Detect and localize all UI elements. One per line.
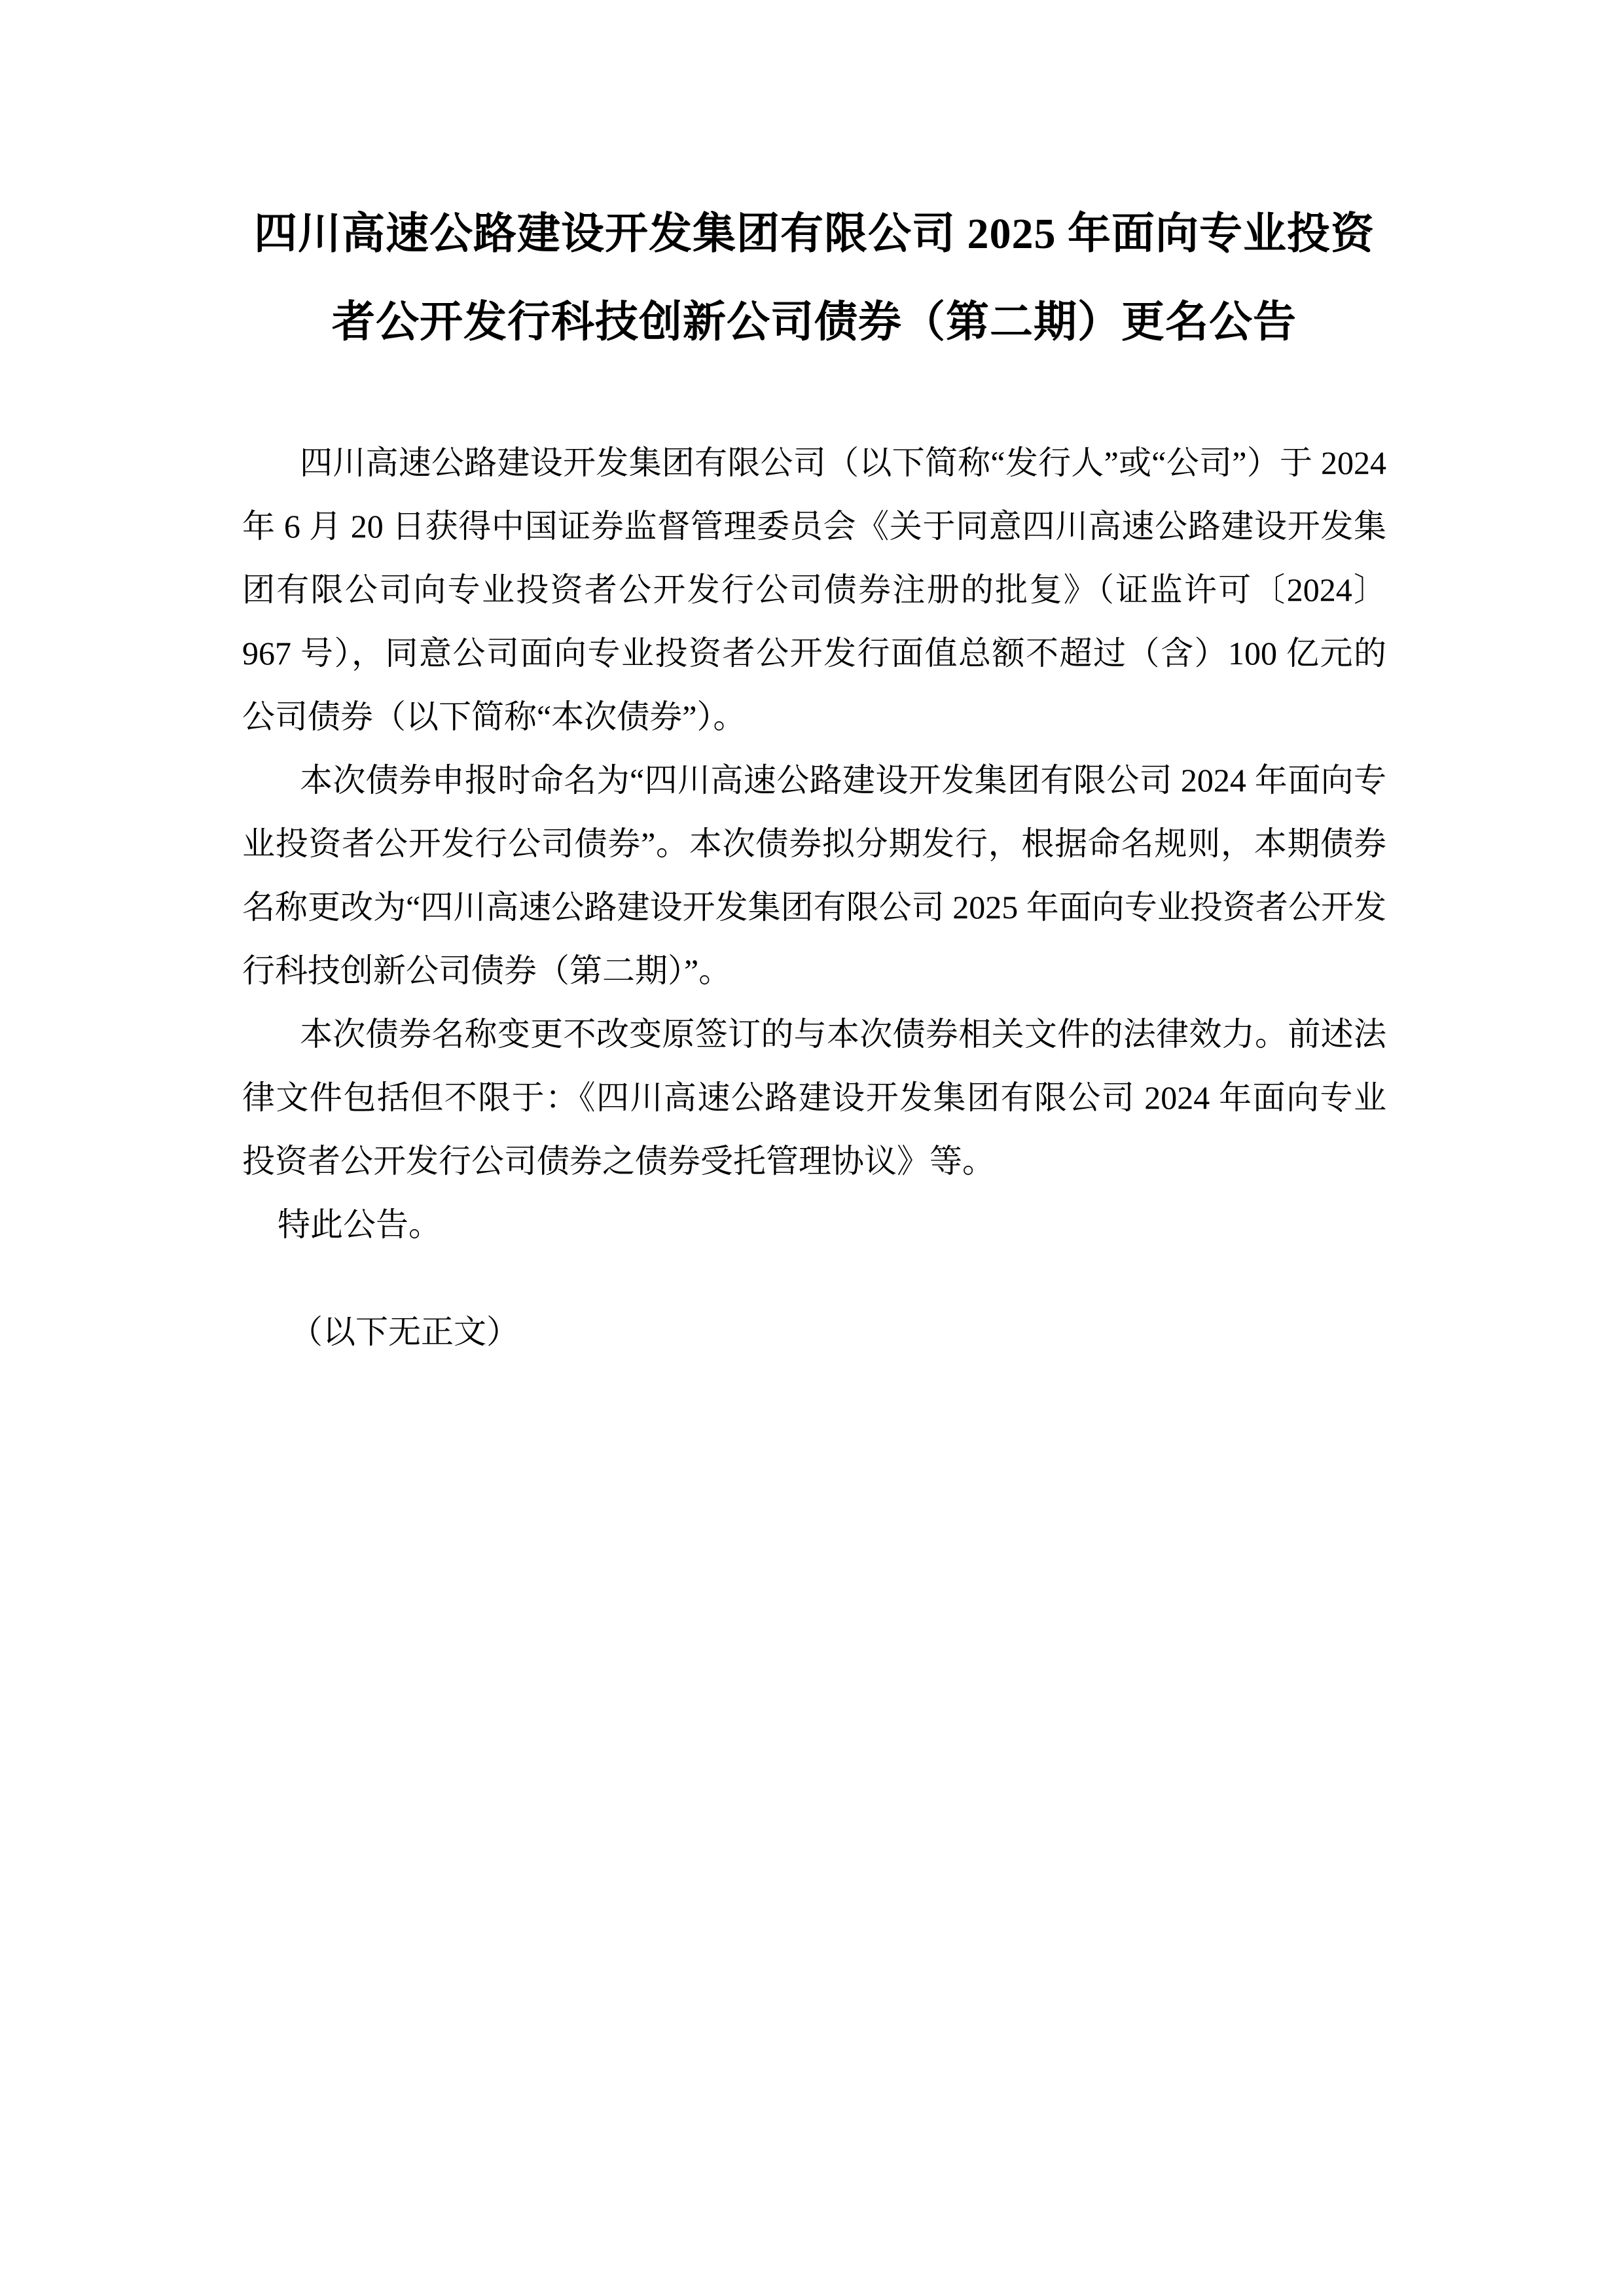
body-paragraph-rename: 本次债券申报时命名为“四川高速公路建设开发集团有限公司 2024 年面向专业投资… [242, 749, 1386, 1003]
document-page: 四川高速公路建设开发集团有限公司 2025 年面向专业投资 者公开发行科技创新公… [0, 0, 1624, 2296]
closing-announcement-line: 特此公告。 [242, 1193, 1386, 1257]
document-body: 四川高速公路建设开发集团有限公司（以下简称“发行人”或“公司”）于 2024 年… [242, 431, 1386, 1364]
body-paragraph-legal-effect: 本次债券名称变更不改变原签订的与本次债券相关文件的法律效力。前述法律文件包括但不… [242, 1003, 1386, 1193]
page-title: 四川高速公路建设开发集团有限公司 2025 年面向专业投资 者公开发行科技创新公… [242, 190, 1386, 367]
no-body-text-note: （以下无正文） [242, 1300, 1386, 1364]
body-paragraph-approval: 四川高速公路建设开发集团有限公司（以下简称“发行人”或“公司”）于 2024 年… [242, 431, 1386, 749]
